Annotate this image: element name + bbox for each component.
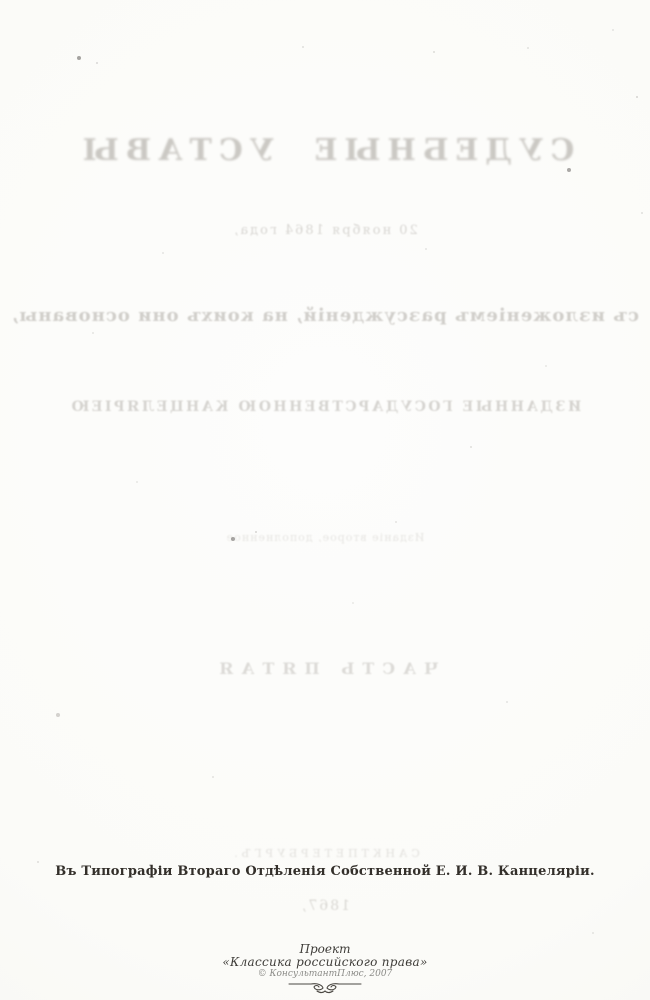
bleed-city-line: САНКТПЕТЕРБУРГЪ.	[0, 847, 650, 860]
bleed-title-line: СУДЕБНЫЕ УСТАВЫ	[0, 133, 650, 168]
bleed-subtitle-line: съ изложеніемъ разсужденій, на коихъ они…	[0, 305, 650, 326]
imprint-line: Въ Типографіи Втораго Отдѣленія Собствен…	[0, 864, 650, 879]
scan-noise-specks	[0, 0, 2, 2]
bleed-publisher-line: ИЗДАННЫЕ ГОСУДАРСТВЕННОЮ КАНЦЕЛЯРІЕЮ	[0, 399, 650, 415]
bleed-edition-line: Изданіе второе, дополненное	[0, 531, 650, 544]
footer-series-title: «Классика российского права»	[0, 955, 650, 969]
footer-copyright: © КонсультантПлюс, 2007	[0, 969, 650, 979]
bleed-part-line: ЧАСТЬ ПЯТАЯ	[0, 659, 650, 678]
footer-project-label: Проект	[0, 942, 650, 956]
flourish-ornament-icon	[0, 979, 650, 999]
bleed-year-line: 1867,	[0, 898, 650, 914]
bleed-date-line: 20 ноября 1864 года,	[0, 223, 650, 238]
scanned-page: СУДЕБНЫЕ УСТАВЫ 20 ноября 1864 года, съ …	[0, 0, 650, 1000]
